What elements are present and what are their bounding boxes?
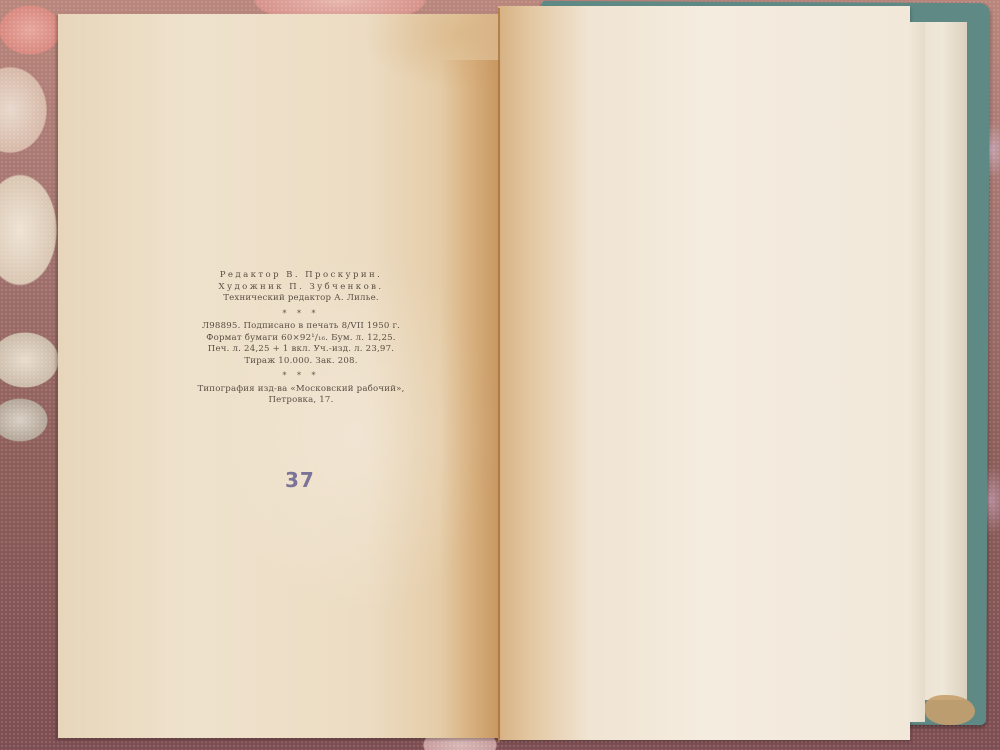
printer-name-line: Типография изд-ва «Московский рабочий», [196,384,406,396]
separator-1: * * * [196,308,406,320]
book-gutter [498,8,500,742]
corner-stain [925,695,975,725]
print-run-line: Тираж 10.000. Зак. 208. [196,356,406,368]
printed-sheets-line: Печ. л. 24,25 + 1 вкл. Уч.-изд. л. 23,97… [196,344,406,356]
separator-2: * * * [196,370,406,382]
paper-format-line: Формат бумаги 60×92¹/₁₆. Бум. л. 12,25. [196,333,406,345]
tech-editor-credit: Технический редактор А. Лилье. [196,293,406,305]
ink-stamp-number: 37 [285,468,315,492]
editor-credit: Редактор В. Проскурин. [196,270,406,282]
printer-address-line: Петровка, 17. [196,395,406,407]
colophon-text: Редактор В. Проскурин. Художник П. Зубче… [196,270,406,407]
right-page-blank [498,6,910,740]
water-stain-gutter [440,60,500,738]
artist-credit: Художник П. Зубченков. [196,282,406,294]
right-page-edge [905,22,925,722]
print-signed-line: Л98895. Подписано в печать 8/VII 1950 г. [196,321,406,333]
